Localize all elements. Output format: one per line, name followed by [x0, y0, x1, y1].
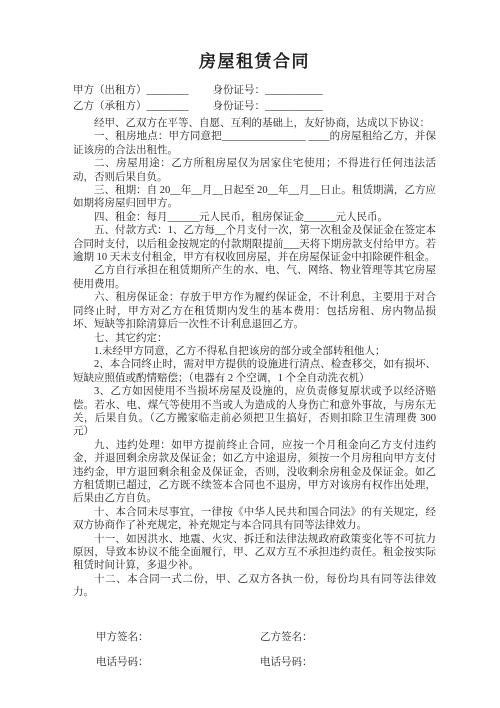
party-b-name-blank: ________ — [147, 101, 189, 112]
party-a-id-label: 身份证号： — [213, 85, 266, 96]
party-a-line: 甲方（出租方）________身份证号：___________ — [73, 83, 436, 99]
party-b-id-blank: ___________ — [265, 101, 323, 112]
clause-rent: 四、租金：每月______元人民币，租房保证金______元人民币。 — [73, 211, 436, 224]
signature-row: 甲方签名： 乙方签名： — [73, 630, 436, 645]
signature-block: 甲方签名： 乙方签名： 电话号码： 电话号码： — [73, 630, 436, 670]
clause-force-majeure: 十一、如因洪水、地震、火灾、拆迁和法律法规政府政策变化等不可抗力原因，导致本协议… — [73, 533, 436, 573]
clause-breach: 九、违约处理：如甲方提前终止合同，应按一个月租金向乙方支付违约金，并退回剩余房款… — [73, 439, 436, 506]
party-a-label: 甲方（出租方） — [73, 85, 147, 96]
clause-law: 十、本合同未尽事宜，一律按《中华人民共和国合同法》的有关规定，经双方协商作了补充… — [73, 506, 436, 533]
party-a-phone-label: 电话号码： — [96, 655, 260, 670]
clause-location: 一、租房地点：甲方同意把________________ ____的房屋租给乙方… — [73, 130, 436, 157]
contract-title: 房屋租赁合同 — [73, 52, 436, 72]
clause-payment: 五、付款方式：1、乙方每__个月支付一次，第一次租金及保证金在签定本合同时支付，… — [73, 224, 436, 264]
clause-deposit: 六、租房保证金：存放于甲方作为履约保证金，不计利息，主要用于对合同终止时，甲方对… — [73, 291, 436, 331]
party-b-id-label: 身份证号： — [213, 101, 266, 112]
party-info-block: 甲方（出租方）________身份证号：___________ 乙方（承租方）_… — [73, 83, 436, 114]
intro-paragraph: 经甲、乙双方在平等、自愿、互利的基础上，友好协商，达成以下协议： — [73, 117, 436, 130]
clause-utilities: 乙方自行承担在租赁期所产生的水、电、气、网络、物业管理等其它房屋使用费用。 — [73, 264, 436, 291]
party-a-signature-label: 甲方签名： — [96, 630, 260, 645]
clause-other-header: 七、其它约定： — [73, 332, 436, 345]
party-b-label: 乙方（承租方） — [73, 101, 147, 112]
party-b-line: 乙方（承租方）________身份证号：___________ — [73, 99, 436, 115]
phone-row: 电话号码： 电话号码： — [73, 655, 436, 670]
clause-other-2: 2、本合同终止时，需对甲方提供的设施进行清点、检查移交，如有损坏、短缺应照值或酌… — [73, 358, 436, 385]
clause-usage: 二、房屋用途：乙方所租房屋仅为居家住宅使用；不得进行任何违法活动，否则后果自负。 — [73, 157, 436, 184]
party-a-name-blank: ________ — [147, 85, 189, 96]
contract-body: 经甲、乙双方在平等、自愿、互利的基础上，友好协商，达成以下协议： 一、租房地点：… — [73, 117, 436, 600]
party-b-signature-label: 乙方签名： — [260, 630, 313, 645]
clause-term: 三、租期：自 20__年__月__日起至 20__年__月__日止。租赁期满，乙… — [73, 184, 436, 211]
clause-copies: 十二、本合同一式二份，甲、乙双方各执一份，每份均具有同等法律效力。 — [73, 573, 436, 600]
contract-document: 房屋租赁合同 甲方（出租方）________身份证号：___________ 乙… — [0, 0, 500, 708]
clause-other-3: 3、乙方如因使用不当损坏房屋及设施的，应负责修复原状或予以经济赔偿。若水、电、煤… — [73, 385, 436, 439]
party-b-phone-label: 电话号码： — [260, 655, 313, 670]
party-a-id-blank: ___________ — [265, 85, 323, 96]
clause-other-1: 1.未经甲方同意，乙方不得私自把该房的部分或全部转租他人； — [73, 345, 436, 358]
